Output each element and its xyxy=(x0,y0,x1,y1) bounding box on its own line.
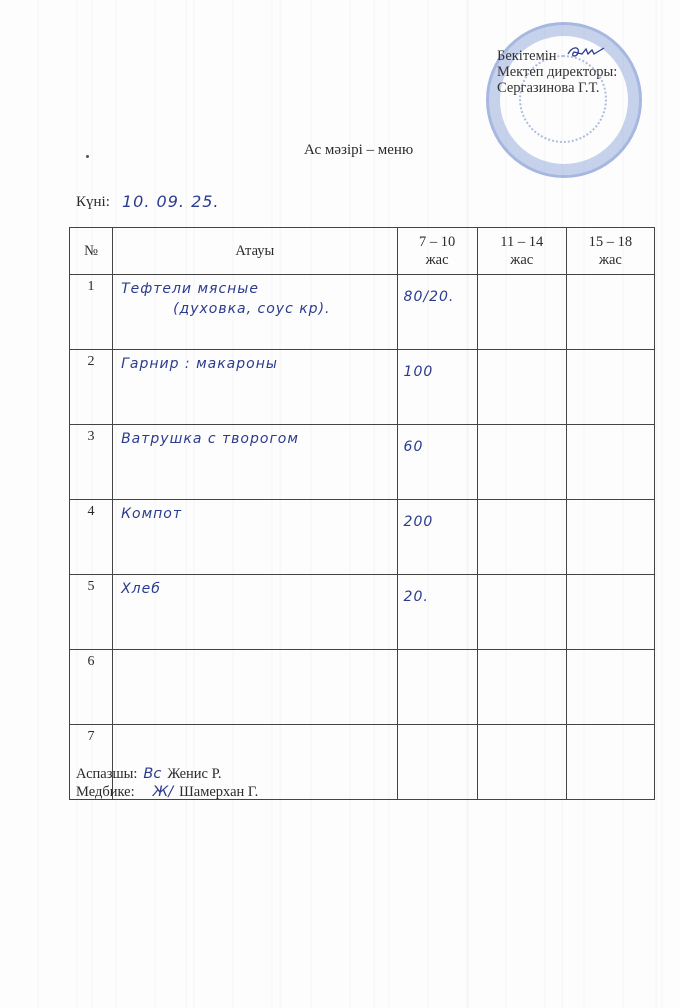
row-number: 1 xyxy=(70,275,113,350)
row-number: 4 xyxy=(70,500,113,575)
dish-name-line2: (духовка, соус кр). xyxy=(121,299,396,319)
header-name-text: Атауы xyxy=(235,243,274,259)
table-row: 6 xyxy=(70,650,655,725)
header-age1-unit: жас xyxy=(426,252,449,268)
header-age-7-10: 7 – 10жас xyxy=(397,228,477,275)
portion-value: 60 xyxy=(404,439,424,455)
dish-name-line1: Гарнир : макароны xyxy=(121,356,278,372)
portion-age-11-14 xyxy=(477,650,566,725)
row-number-text: 1 xyxy=(88,279,95,294)
dish-name xyxy=(113,650,397,725)
cook-signature: Вс xyxy=(143,766,161,782)
portion-age-15-18 xyxy=(566,725,654,800)
portion-age-15-18 xyxy=(566,425,654,500)
portion-age-11-14 xyxy=(477,575,566,650)
portion-value: 20. xyxy=(404,589,429,605)
date-label: Күні: xyxy=(76,194,110,211)
dish-name: Компот xyxy=(113,500,397,575)
cook-signature-line: Аспазшы:ВсЖенис Р. xyxy=(76,766,221,783)
row-number: 5 xyxy=(70,575,113,650)
nurse-label: Медбике: xyxy=(76,784,135,801)
header-num-text: № xyxy=(84,243,98,259)
row-number-text: 6 xyxy=(88,654,95,669)
table-row: 2Гарнир : макароны100 xyxy=(70,350,655,425)
row-number: 6 xyxy=(70,650,113,725)
nurse-signature: Ж/ xyxy=(153,784,174,800)
dish-name-line1: Компот xyxy=(121,506,182,522)
row-number: 3 xyxy=(70,425,113,500)
row-number-text: 3 xyxy=(88,429,95,444)
header-age-11-14: 11 – 14жас xyxy=(477,228,566,275)
scan-dot xyxy=(86,155,89,158)
portion-value: 200 xyxy=(404,514,434,530)
approval-position: Мектеп директоры: xyxy=(497,64,617,80)
dish-name-line1: Хлеб xyxy=(121,581,161,597)
dish-name: Ватрушка с творогом xyxy=(113,425,397,500)
portion-age-11-14 xyxy=(477,725,566,800)
header-age1-range: 7 – 10 xyxy=(419,234,455,250)
row-number-text: 2 xyxy=(88,354,95,369)
portion-age-15-18 xyxy=(566,575,654,650)
dish-name: Хлеб xyxy=(113,575,397,650)
dish-name: Тефтели мясные(духовка, соус кр). xyxy=(113,275,397,350)
portion-age-15-18 xyxy=(566,275,654,350)
row-number-text: 4 xyxy=(88,504,95,519)
school-stamp xyxy=(486,22,642,178)
dish-name-line1: Тефтели мясные xyxy=(121,281,259,297)
portion-age-11-14 xyxy=(477,275,566,350)
header-name: Атауы xyxy=(113,228,397,275)
menu-table: № Атауы 7 – 10жас 11 – 14жас 15 – 18жас … xyxy=(69,227,655,800)
portion-age-7-10: 20. xyxy=(397,575,477,650)
cook-label: Аспазшы: xyxy=(76,766,137,783)
table-row: 1Тефтели мясные(духовка, соус кр).80/20. xyxy=(70,275,655,350)
nurse-name: Шамерхан Г. xyxy=(179,784,258,800)
header-age-15-18: 15 – 18жас xyxy=(566,228,654,275)
row-number-text: 5 xyxy=(88,579,95,594)
portion-age-15-18 xyxy=(566,500,654,575)
table-row: 3Ватрушка с творогом60 xyxy=(70,425,655,500)
portion-age-11-14 xyxy=(477,350,566,425)
page-title: Ас мәзірі – меню xyxy=(304,142,413,159)
nurse-signature-line: Медбике:Ж/Шамерхан Г. xyxy=(76,784,258,801)
approval-name: Сергазинова Г.Т. xyxy=(497,80,617,96)
portion-age-7-10 xyxy=(397,725,477,800)
header-age2-range: 11 – 14 xyxy=(500,234,543,250)
table-row: 5Хлеб20. xyxy=(70,575,655,650)
portion-age-7-10: 200 xyxy=(397,500,477,575)
row-number: 2 xyxy=(70,350,113,425)
portion-age-15-18 xyxy=(566,650,654,725)
cook-name: Женис Р. xyxy=(167,766,221,782)
portion-age-7-10 xyxy=(397,650,477,725)
header-age3-unit: жас xyxy=(599,252,622,268)
row-number-text: 7 xyxy=(88,729,95,744)
table-header-row: № Атауы 7 – 10жас 11 – 14жас 15 – 18жас xyxy=(70,228,655,275)
table-row: 4Компот200 xyxy=(70,500,655,575)
dish-name-line1: Ватрушка с творогом xyxy=(121,431,299,447)
header-age2-unit: жас xyxy=(510,252,533,268)
portion-age-11-14 xyxy=(477,500,566,575)
portion-age-15-18 xyxy=(566,350,654,425)
date-value: 10. 09. 25. xyxy=(122,192,220,211)
header-num: № xyxy=(70,228,113,275)
dish-name: Гарнир : макароны xyxy=(113,350,397,425)
portion-age-7-10: 80/20. xyxy=(397,275,477,350)
portion-value: 80/20. xyxy=(404,289,455,305)
portion-age-11-14 xyxy=(477,425,566,500)
header-age3-range: 15 – 18 xyxy=(589,234,633,250)
portion-age-7-10: 100 xyxy=(397,350,477,425)
portion-value: 100 xyxy=(404,364,434,380)
director-signature-icon xyxy=(566,44,606,60)
portion-age-7-10: 60 xyxy=(397,425,477,500)
